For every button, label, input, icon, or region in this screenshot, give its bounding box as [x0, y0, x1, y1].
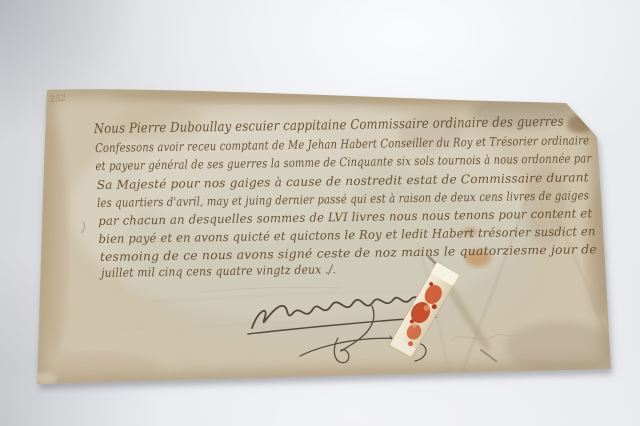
manuscript-scene: 252 Nous Pierre Duboullay escuier cappit…: [0, 0, 640, 426]
photo-of-manuscript: 252 Nous Pierre Duboullay escuier cappit…: [0, 0, 640, 426]
archival-number: 252: [48, 94, 66, 105]
stain-corner-blotch: [567, 115, 593, 133]
